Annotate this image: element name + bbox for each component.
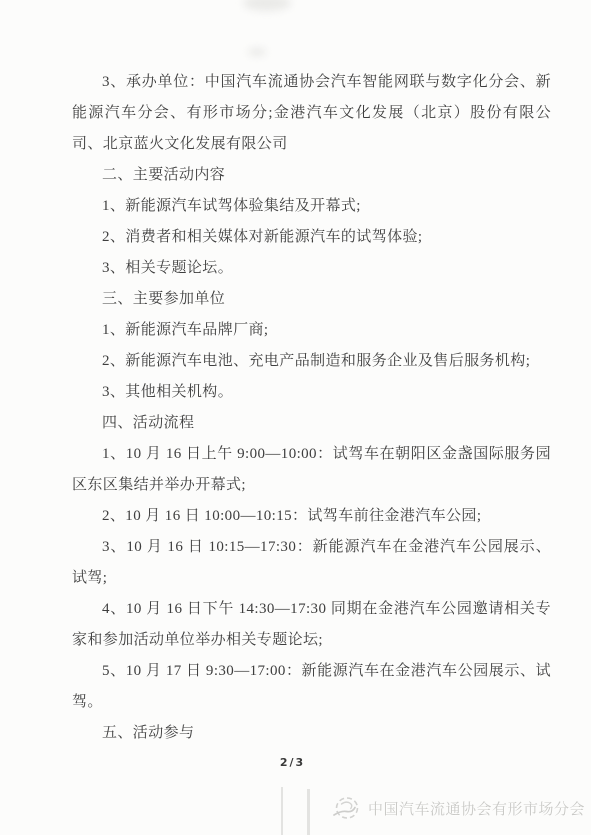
paragraph: 4、10 月 16 日下午 14:30—17:30 同期在金港汽车公园邀请相关专…	[72, 594, 551, 656]
scan-smudge	[248, 48, 266, 56]
footer-watermark: 中国汽车流通协会有形市场分会	[331, 795, 585, 821]
paragraph: 1、新能源汽车品牌厂商;	[72, 315, 551, 346]
watermark-label: 中国汽车流通协会有形市场分会	[368, 798, 585, 819]
paragraph: 3、承办单位：中国汽车流通协会汽车智能网联与数字化分会、新能源汽车分会、有形市场…	[72, 67, 551, 160]
paragraph: 2、10 月 16 日 10:00—10:15：试驾车前往金港汽车公园;	[72, 501, 551, 532]
scan-artifact-line	[281, 787, 283, 835]
scan-artifact-line	[307, 789, 310, 835]
cada-logo-icon	[331, 795, 361, 821]
paragraph: 二、主要活动内容	[72, 160, 551, 191]
paragraph: 五、活动参与	[72, 718, 551, 749]
paragraph: 2、消费者和相关媒体对新能源汽车的试驾体验;	[72, 222, 551, 253]
document-page: 3、承办单位：中国汽车流通协会汽车智能网联与数字化分会、新能源汽车分会、有形市场…	[0, 0, 591, 835]
paragraph: 3、相关专题论坛。	[72, 253, 551, 284]
paragraph: 5、10 月 17 日 9:30—17:00：新能源汽车在金港汽车公园展示、试驾…	[72, 656, 551, 718]
paragraph: 1、10 月 16 日上午 9:00—10:00：试驾车在朝阳区金盏国际服务园区…	[72, 439, 551, 501]
scan-smudge	[243, 0, 291, 11]
paragraph: 四、活动流程	[72, 408, 551, 439]
paragraph: 3、10 月 16 日 10:15—17:30：新能源汽车在金港汽车公园展示、试…	[72, 532, 551, 594]
paragraph: 3、其他相关机构。	[72, 377, 551, 408]
document-body: 3、承办单位：中国汽车流通协会汽车智能网联与数字化分会、新能源汽车分会、有形市场…	[72, 67, 551, 749]
paragraph: 2、新能源汽车电池、充电产品制造和服务企业及售后服务机构;	[72, 346, 551, 377]
paragraph: 1、新能源汽车试驾体验集结及开幕式;	[72, 191, 551, 222]
page-number: 2/3	[0, 756, 585, 769]
paragraph: 三、主要参加单位	[72, 284, 551, 315]
